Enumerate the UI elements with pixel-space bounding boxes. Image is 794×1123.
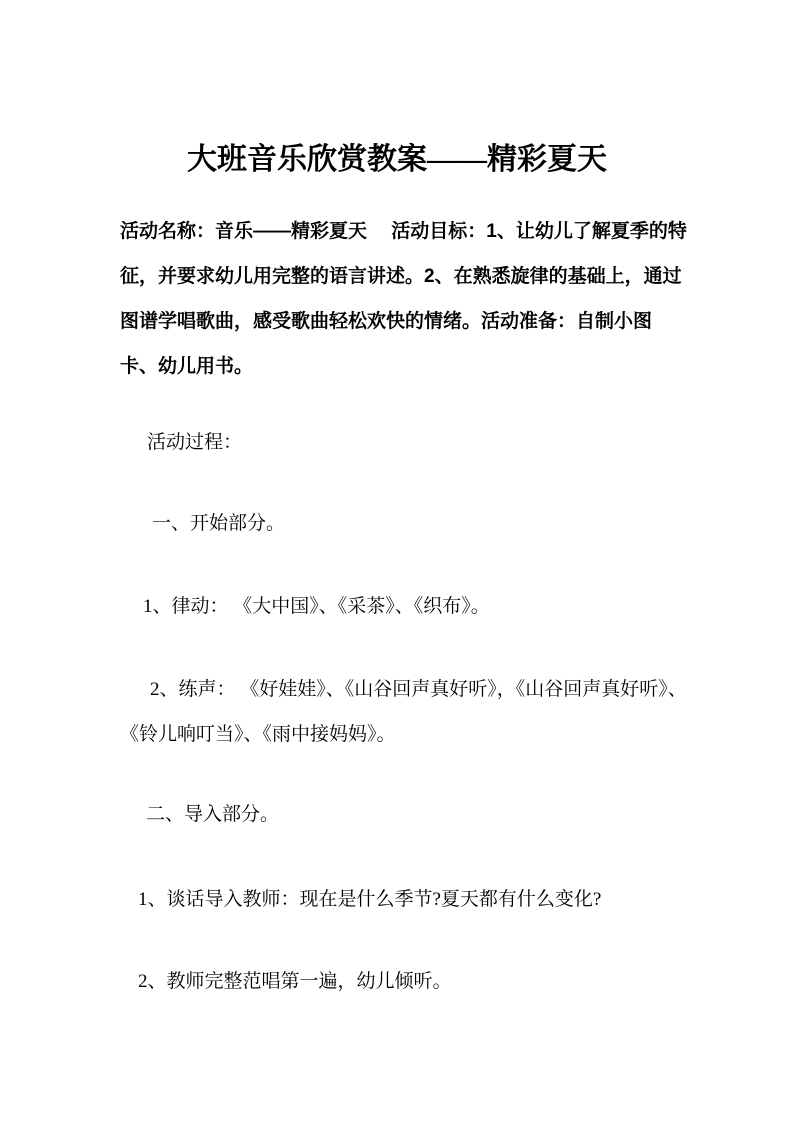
paragraph-activity-process: 活动过程： [120,420,740,465]
paragraph-talk-introduction-item: 1、谈话导入教师：现在是什么季节?夏天都有什么变化? [120,877,740,922]
paragraph-line: 2、教师完整范唱第一遍，幼儿倾听。 [120,959,740,1004]
paragraph-line: 一、开始部分。 [120,501,740,546]
document-page: 大班音乐欣赏教案——精彩夏天 活动名称：音乐——精彩夏天 活动目标：1、让幼儿了… [0,0,794,1123]
document-title: 大班音乐欣赏教案——精彩夏天 [0,140,794,180]
intro-line-2: 征，并要求幼儿用完整的语言讲述。2、在熟悉旋律的基础上，通过 [120,254,740,299]
paragraph-line: 活动过程： [120,420,740,465]
paragraph-section-two-heading: 二、导入部分。 [120,792,740,837]
paragraph-line: 《铃儿响叮当》、《雨中接妈妈》。 [120,712,740,757]
paragraph-rhythm-item: 1、律动： 《大中国》、《采茶》、《织布》。 [120,584,740,629]
paragraph-line: 1、谈话导入教师：现在是什么季节?夏天都有什么变化? [120,877,740,922]
paragraph-section-one-heading: 一、开始部分。 [120,501,740,546]
intro-line-4: 卡、幼儿用书。 [120,344,740,389]
paragraph-vocal-practice-item: 2、练声： 《好娃娃》、《山谷回声真好听》，《山谷回声真好听》、 《铃儿响叮当》… [120,667,740,757]
intro-line-1: 活动名称：音乐——精彩夏天 活动目标：1、让幼儿了解夏季的特 [120,209,740,254]
paragraph-line: 二、导入部分。 [120,792,740,837]
intro-paragraph: 活动名称：音乐——精彩夏天 活动目标：1、让幼儿了解夏季的特 征，并要求幼儿用完… [120,209,740,389]
paragraph-line: 2、练声： 《好娃娃》、《山谷回声真好听》，《山谷回声真好听》、 [120,667,740,712]
intro-line-3: 图谱学唱歌曲，感受歌曲轻松欢快的情绪。活动准备：自制小图 [120,299,740,344]
paragraph-line: 1、律动： 《大中国》、《采茶》、《织布》。 [120,584,740,629]
paragraph-teacher-demo-item: 2、教师完整范唱第一遍，幼儿倾听。 [120,959,740,1004]
